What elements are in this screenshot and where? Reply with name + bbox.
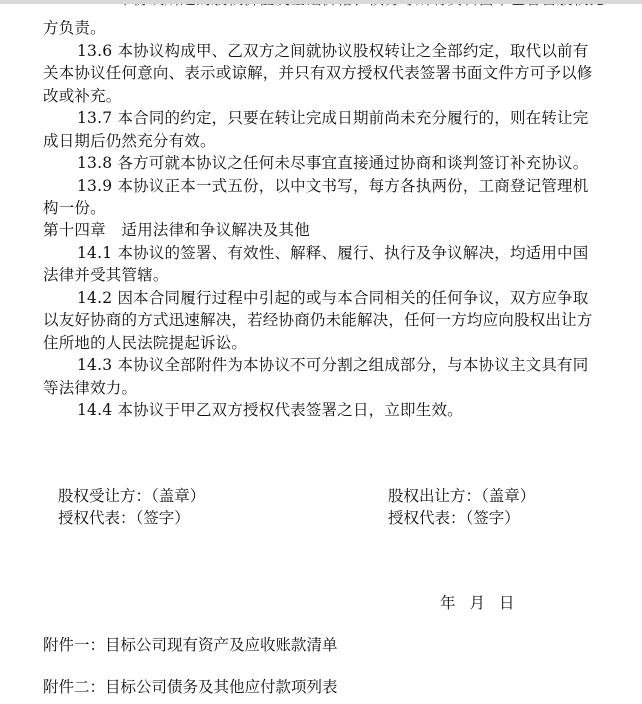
attachment-2: 附件二：目标公司债务及其他应付款项列表: [43, 676, 338, 698]
date-month: 月: [470, 594, 486, 612]
date-year: 年: [440, 594, 456, 612]
date-line: 年月日: [440, 592, 529, 614]
paragraph-line: 改或补充。: [43, 85, 122, 107]
clause-13-9: 13.9 本协议正本一式五份，以中文书写，每方各执两份，工商登记管理机: [77, 175, 588, 197]
clause-14-1: 14.1 本协议的签署、有效性、解释、履行、执行及争议解决，均适用中国: [77, 242, 588, 264]
transferor-representative-label: 授权代表：（签字）: [388, 507, 520, 529]
transferee-representative-label: 授权代表：（签字）: [58, 507, 190, 529]
paragraph-line: 等法律效力。: [43, 377, 137, 399]
clause-13-6: 13.6 本协议构成甲、乙双方之间就协议股权转让之全部约定，取代以前有: [77, 40, 588, 62]
clause-14-2: 14.2 因本合同履行过程中引起的或与本合同相关的任何争议，双方应争取: [77, 287, 588, 309]
document-page: 13.5 本协议所述的股权价值及基础价格、债务等所有资料由甲乙各自股权比 方负责…: [0, 0, 642, 704]
transferor-party-label: 股权出让方：（盖章）: [388, 485, 535, 507]
paragraph-line: 法律并受其管辖。: [43, 264, 169, 286]
paragraph-line: 成日期后仍然充分有效。: [43, 130, 216, 152]
attachment-1: 附件一：目标公司现有资产及应收账款清单: [43, 634, 338, 656]
clause-14-3: 14.3 本协议全部附件为本协议不可分割之组成部分，与本协议主文具有同: [77, 354, 588, 376]
date-day: 日: [499, 594, 515, 612]
viewer-top-edge: [0, 0, 642, 4]
paragraph-line: 住所地的人民法院提起诉讼。: [43, 332, 247, 354]
chapter-14-heading: 第十四章 适用法律和争议解决及其他: [43, 219, 310, 241]
paragraph-line: 构一份。: [43, 197, 106, 219]
clause-13-8: 13.8 各方可就本协议之任何未尽事宜直接通过协商和谈判签订补充协议。: [77, 152, 588, 174]
paragraph-line: 方负责。: [43, 17, 106, 39]
paragraph-line: 关本协议任何意向、表示或谅解，并只有双方授权代表签署书面文件方可予以修: [43, 62, 593, 84]
paragraph-line: 以友好协商的方式迅速解决，若经协商仍未能解决，任何一方均应向股权出让方: [43, 309, 593, 331]
clause-14-4: 14.4 本协议于甲乙双方授权代表签署之日，立即生效。: [77, 399, 463, 421]
clause-13-7: 13.7 本合同的约定，只要在转让完成日期前尚未充分履行的，则在转让完: [77, 107, 588, 129]
transferee-party-label: 股权受让方：（盖章）: [58, 485, 205, 507]
